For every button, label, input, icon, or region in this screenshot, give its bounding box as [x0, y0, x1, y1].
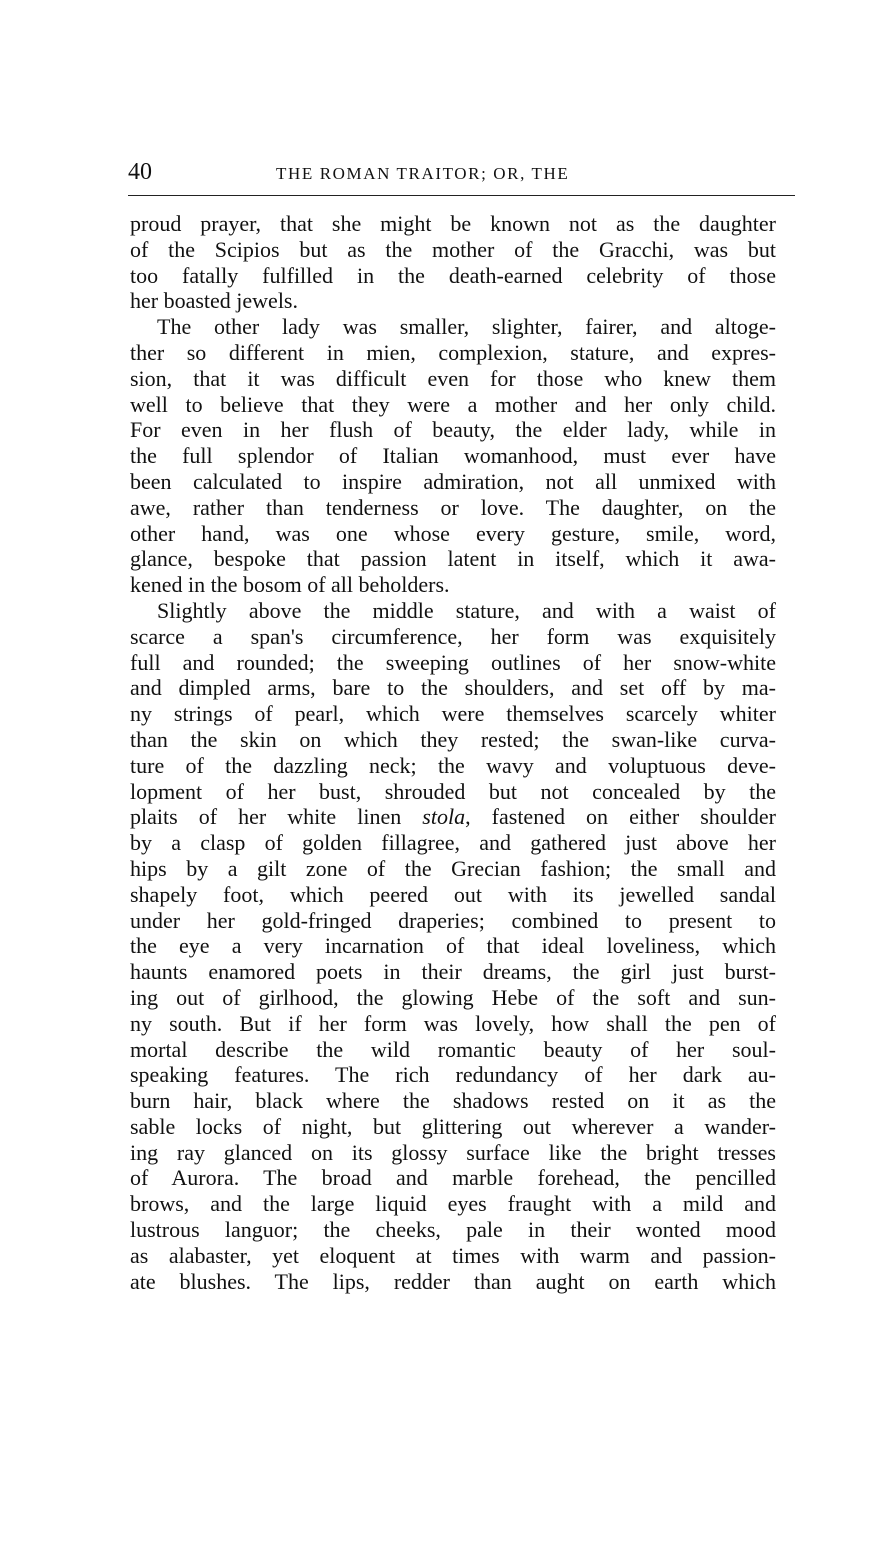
text-segment: plaits of her white linen	[130, 804, 422, 829]
text-line: sable locks of night, but glittering out…	[130, 1114, 776, 1140]
text-line: of the Scipios but as the mother of the …	[130, 237, 776, 263]
text-line: other hand, was one whose every gesture,…	[130, 521, 776, 547]
page-number: 40	[128, 158, 152, 186]
book-page: 40 THE ROMAN TRAITOR; OR, THE proud pray…	[0, 0, 896, 1550]
text-line: proud prayer, that she might be known no…	[130, 211, 776, 237]
text-line: of Aurora. The broad and marble forehead…	[130, 1165, 776, 1191]
header-rule	[128, 195, 795, 196]
text-line: lopment of her bust, shrouded but not co…	[130, 779, 776, 805]
text-line: kened in the bosom of all beholders.	[130, 572, 776, 598]
italic-word: stola	[422, 804, 465, 829]
running-title: THE ROMAN TRAITOR; OR, THE	[276, 162, 569, 186]
text-line: glance, bespoke that passion latent in i…	[130, 546, 776, 572]
paragraph-first-line: The other lady was smaller, slighter, fa…	[130, 314, 776, 340]
text-line: ture of the dazzling neck; the wavy and …	[130, 753, 776, 779]
running-head: 40 THE ROMAN TRAITOR; OR, THE	[128, 158, 795, 188]
text-line: and dimpled arms, bare to the shoulders,…	[130, 675, 776, 701]
text-line: been calculated to inspire admiration, n…	[130, 469, 776, 495]
text-line: sion, that it was difficult even for tho…	[130, 366, 776, 392]
text-line: ny strings of pearl, which were themselv…	[130, 701, 776, 727]
text-line: as alabaster, yet eloquent at times with…	[130, 1243, 776, 1269]
text-line-with-italic: plaits of her white linen stola, fastene…	[130, 804, 776, 830]
text-line: ther so different in mien, complexion, s…	[130, 340, 776, 366]
text-line: well to believe that they were a mother …	[130, 392, 776, 418]
text-segment: , fastened on either shoulder	[465, 804, 776, 829]
text-line: For even in her flush of beauty, the eld…	[130, 417, 776, 443]
text-line: burn hair, black where the shadows reste…	[130, 1088, 776, 1114]
paragraph-first-line: Slightly above the middle stature, and w…	[130, 598, 776, 624]
text-line: by a clasp of golden fillagree, and gath…	[130, 830, 776, 856]
text-line: under her gold-fringed draperies; combin…	[130, 908, 776, 934]
text-line: brows, and the large liquid eyes fraught…	[130, 1191, 776, 1217]
text-line: full and rounded; the sweeping outlines …	[130, 650, 776, 676]
text-line: the eye a very incarnation of that ideal…	[130, 933, 776, 959]
text-line: ing ray glanced on its glossy surface li…	[130, 1140, 776, 1166]
body-text: proud prayer, that she might be known no…	[130, 211, 776, 1294]
text-line: ing out of girlhood, the glowing Hebe of…	[130, 985, 776, 1011]
text-line: her boasted jewels.	[130, 288, 776, 314]
text-line: too fatally fulfilled in the death-earne…	[130, 263, 776, 289]
text-line: speaking features. The rich redundancy o…	[130, 1062, 776, 1088]
text-line: mortal describe the wild romantic beauty…	[130, 1037, 776, 1063]
text-line: hips by a gilt zone of the Grecian fashi…	[130, 856, 776, 882]
text-line: scarce a span's circumference, her form …	[130, 624, 776, 650]
text-line: shapely foot, which peered out with its …	[130, 882, 776, 908]
text-line: awe, rather than tenderness or love. The…	[130, 495, 776, 521]
text-line: lustrous languor; the cheeks, pale in th…	[130, 1217, 776, 1243]
text-line: the full splendor of Italian womanhood, …	[130, 443, 776, 469]
text-line: than the skin on which they rested; the …	[130, 727, 776, 753]
text-line: haunts enamored poets in their dreams, t…	[130, 959, 776, 985]
text-line: ate blushes. The lips, redder than aught…	[130, 1269, 776, 1295]
text-line: ny south. But if her form was lovely, ho…	[130, 1011, 776, 1037]
